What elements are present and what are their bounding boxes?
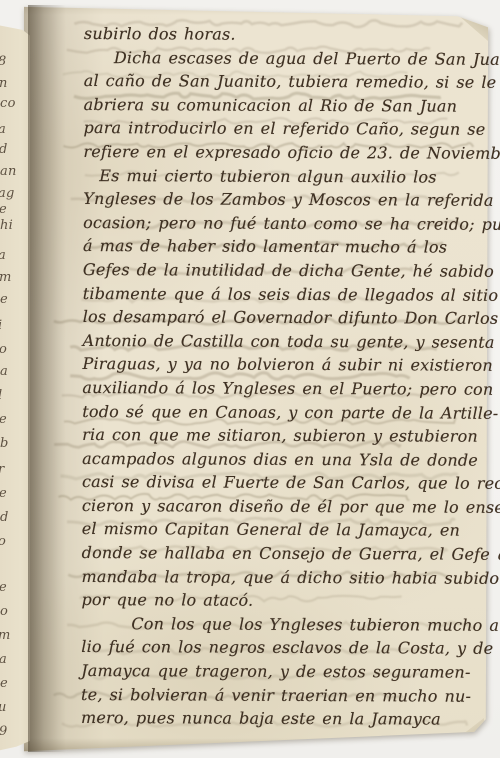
gutter-text-fragment: hi bbox=[0, 218, 13, 233]
gutter-text-fragment: a bbox=[0, 122, 6, 137]
text-line: Jamayca que trageron, y de estos seguram… bbox=[81, 659, 481, 684]
gutter-text-fragment: d bbox=[0, 510, 9, 525]
previous-page-edge: 8ncoadanagehiameioalebredoeomaeu9o bbox=[0, 24, 30, 751]
text-line: mandaba la tropa, que á dicho sitio habi… bbox=[82, 565, 482, 590]
gutter-text-fragment: e bbox=[0, 486, 7, 501]
text-line: tibamente que á los seis dias de llegado… bbox=[83, 282, 483, 307]
text-line: al caño de San Juanito, tubiera remedio,… bbox=[84, 69, 484, 94]
gutter-text-fragment: o bbox=[0, 342, 7, 357]
gutter-text-fragment: a bbox=[0, 652, 7, 667]
text-line: ria con que me sitiaron, subieron y estu… bbox=[82, 423, 482, 448]
gutter-text-fragment: an bbox=[0, 164, 17, 179]
gutter-text-fragment: 8 bbox=[0, 54, 7, 69]
text-line: por que no lo atacó. bbox=[81, 588, 481, 613]
text-line: cieron y sacaron diseño de él por que me… bbox=[82, 494, 482, 519]
text-line: donde se hallaba en Consejo de Guerra, e… bbox=[82, 541, 482, 566]
gutter-text-fragment: o bbox=[0, 534, 6, 549]
gutter-text-fragment: o bbox=[0, 604, 8, 619]
text-line: ocasion; pero no fué tanto como se ha cr… bbox=[83, 211, 483, 236]
text-line: auxiliando á los Yngleses en el Puerto; … bbox=[82, 376, 482, 401]
text-line: mero, pues nunca baja este en la Jamayca bbox=[81, 706, 481, 731]
text-line: Dicha escases de agua del Puerto de San … bbox=[84, 46, 484, 71]
text-line: el mismo Capitan General de la Jamayca, … bbox=[82, 517, 482, 542]
gutter-text-fragment: m bbox=[0, 270, 12, 285]
gutter-text-fragment: r bbox=[0, 462, 5, 477]
text-line: Es mui cierto tubieron algun auxilio los bbox=[83, 164, 483, 189]
text-line: abriera su comunicacion al Rio de San Ju… bbox=[84, 93, 484, 118]
gutter-text-fragment: e bbox=[0, 580, 7, 595]
text-line: Antonio de Castilla con toda su gente, y… bbox=[83, 329, 483, 354]
scan-background: { "document": { "type": "handwritten-man… bbox=[0, 0, 500, 758]
text-line: Yngleses de los Zambos y Moscos en la re… bbox=[83, 187, 483, 212]
text-line: acampados algunos dias en una Ysla de do… bbox=[82, 447, 482, 472]
gutter-text-fragment: i bbox=[0, 318, 2, 333]
gutter-text-fragment: e bbox=[0, 412, 7, 427]
gutter-text-fragment: e bbox=[0, 292, 8, 307]
text-line: los desamparó el Governador difunto Don … bbox=[83, 305, 483, 330]
text-line: Con los que los Yngleses tubieron mucho … bbox=[81, 612, 481, 637]
text-line: todo sé que en Canoas, y con parte de la… bbox=[82, 399, 482, 424]
manuscript-text: subirlo dos horas.Dicha escases de agua … bbox=[81, 22, 484, 732]
gutter-text-fragment: e bbox=[0, 202, 7, 217]
gutter-text-fragment: 9 bbox=[0, 724, 8, 739]
gutter-text-fragment: e bbox=[0, 676, 8, 691]
gutter-text-fragment: ag bbox=[0, 186, 15, 201]
text-line: lio fué con los negros esclavos de la Co… bbox=[81, 635, 481, 660]
text-line: Piraguas, y ya no bolvieron á subir ni e… bbox=[82, 352, 482, 377]
text-line: casi se divisa el Fuerte de San Carlos, … bbox=[82, 470, 482, 495]
text-line: refiere en el expresado oficio de 23. de… bbox=[83, 140, 483, 165]
text-line: á mas de haber sido lamentar mucho á los bbox=[83, 234, 483, 259]
text-line: subirlo dos horas. bbox=[84, 22, 484, 47]
text-line: Gefes de la inutilidad de dicha Gente, h… bbox=[83, 258, 483, 283]
gutter-text-fragment: d bbox=[0, 142, 8, 157]
text-line: para introducirlo en el referido Caño, s… bbox=[83, 116, 483, 141]
gutter-text-fragment: b bbox=[0, 436, 9, 451]
text-line: te, si bolvieran á venir traerian en muc… bbox=[81, 683, 481, 708]
gutter-text-fragment: u bbox=[0, 700, 7, 715]
gutter-text-fragment: m bbox=[0, 628, 11, 643]
gutter-text-fragment: a bbox=[0, 364, 8, 379]
gutter-text-fragment: n bbox=[0, 76, 8, 91]
gutter-text-fragment: a bbox=[0, 248, 6, 263]
gutter-text-fragment: l bbox=[0, 388, 2, 403]
gutter-text-fragment: co bbox=[0, 96, 16, 111]
